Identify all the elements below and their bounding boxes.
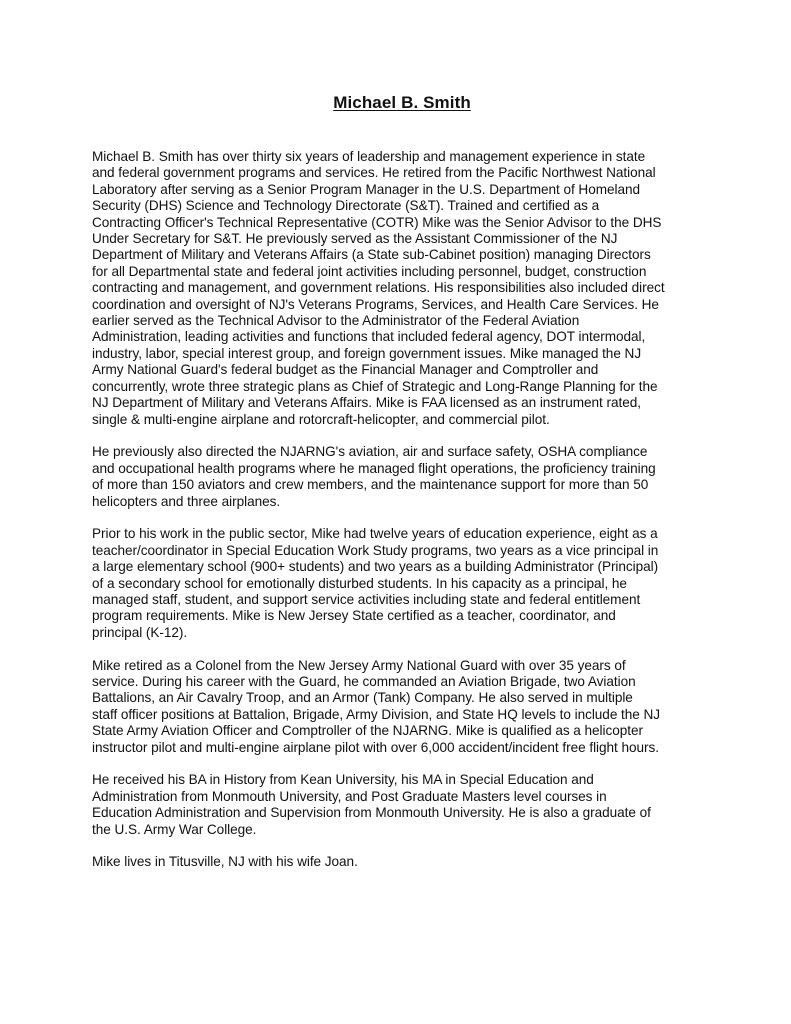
text-line: managed staff, student, and support serv… [92,592,712,608]
text-line: contracting and management, and governme… [92,280,712,296]
paragraph-career-summary: Michael B. Smith has over thirty six yea… [92,149,712,428]
text-line: Battalions, an Air Cavalry Troop, and an… [92,690,712,706]
text-line: Contracting Officer's Technical Represen… [92,215,712,231]
text-line: Laboratory after serving as a Senior Pro… [92,182,712,198]
text-line: the U.S. Army War College. [92,822,712,838]
text-line: a large elementary school (900+ students… [92,559,712,575]
text-line: Michael B. Smith has over thirty six yea… [92,149,712,165]
text-line: Administration from Monmouth University,… [92,789,712,805]
text-line: Under Secretary for S&T. He previously s… [92,231,712,247]
text-line: teacher/coordinator in Special Education… [92,543,712,559]
text-line: of more than 150 aviators and crew membe… [92,477,712,493]
text-line: helicopters and three airplanes. [92,494,712,510]
text-line: Mike retired as a Colonel from the New J… [92,658,712,674]
text-line: and occupational health programs where h… [92,461,712,477]
text-line: principal (K-12). [92,625,712,641]
text-line: Mike lives in Titusville, NJ with his wi… [92,854,712,870]
text-line: earlier served as the Technical Advisor … [92,313,712,329]
document-body: Michael B. Smith has over thirty six yea… [92,149,712,887]
text-line: Army National Guard's federal budget as … [92,362,712,378]
text-line: Security (DHS) Science and Technology Di… [92,198,712,214]
paragraph-academic-degrees: He received his BA in History from Kean … [92,772,712,838]
text-line: State Army Aviation Officer and Comptrol… [92,723,712,739]
text-line: of a secondary school for emotionally di… [92,576,712,592]
text-line: and federal government programs and serv… [92,165,712,181]
paragraph-residence: Mike lives in Titusville, NJ with his wi… [92,854,712,870]
text-line: program requirements. Mike is New Jersey… [92,608,712,624]
text-line: Administration, leading activities and f… [92,329,712,345]
paragraph-education-experience: Prior to his work in the public sector, … [92,526,712,641]
text-line: industry, labor, special interest group,… [92,346,712,362]
paragraph-military-service: Mike retired as a Colonel from the New J… [92,658,712,756]
text-line: concurrently, wrote three strategic plan… [92,379,712,395]
text-line: He previously also directed the NJARNG's… [92,444,712,460]
text-line: Prior to his work in the public sector, … [92,526,712,542]
text-line: He received his BA in History from Kean … [92,772,712,788]
text-line: instructor pilot and multi-engine airpla… [92,740,712,756]
text-line: coordination and oversight of NJ's Veter… [92,297,712,313]
text-line: single & multi-engine airplane and rotor… [92,412,712,428]
text-line: for all Departmental state and federal j… [92,264,712,280]
page-title: Michael B. Smith [92,93,712,113]
text-line: service. During his career with the Guar… [92,674,712,690]
text-line: Department of Military and Veterans Affa… [92,247,712,263]
paragraph-njarng-aviation: He previously also directed the NJARNG's… [92,444,712,510]
text-line: Education Administration and Supervision… [92,805,712,821]
text-line: staff officer positions at Battalion, Br… [92,707,712,723]
text-line: NJ Department of Military and Veterans A… [92,395,712,411]
